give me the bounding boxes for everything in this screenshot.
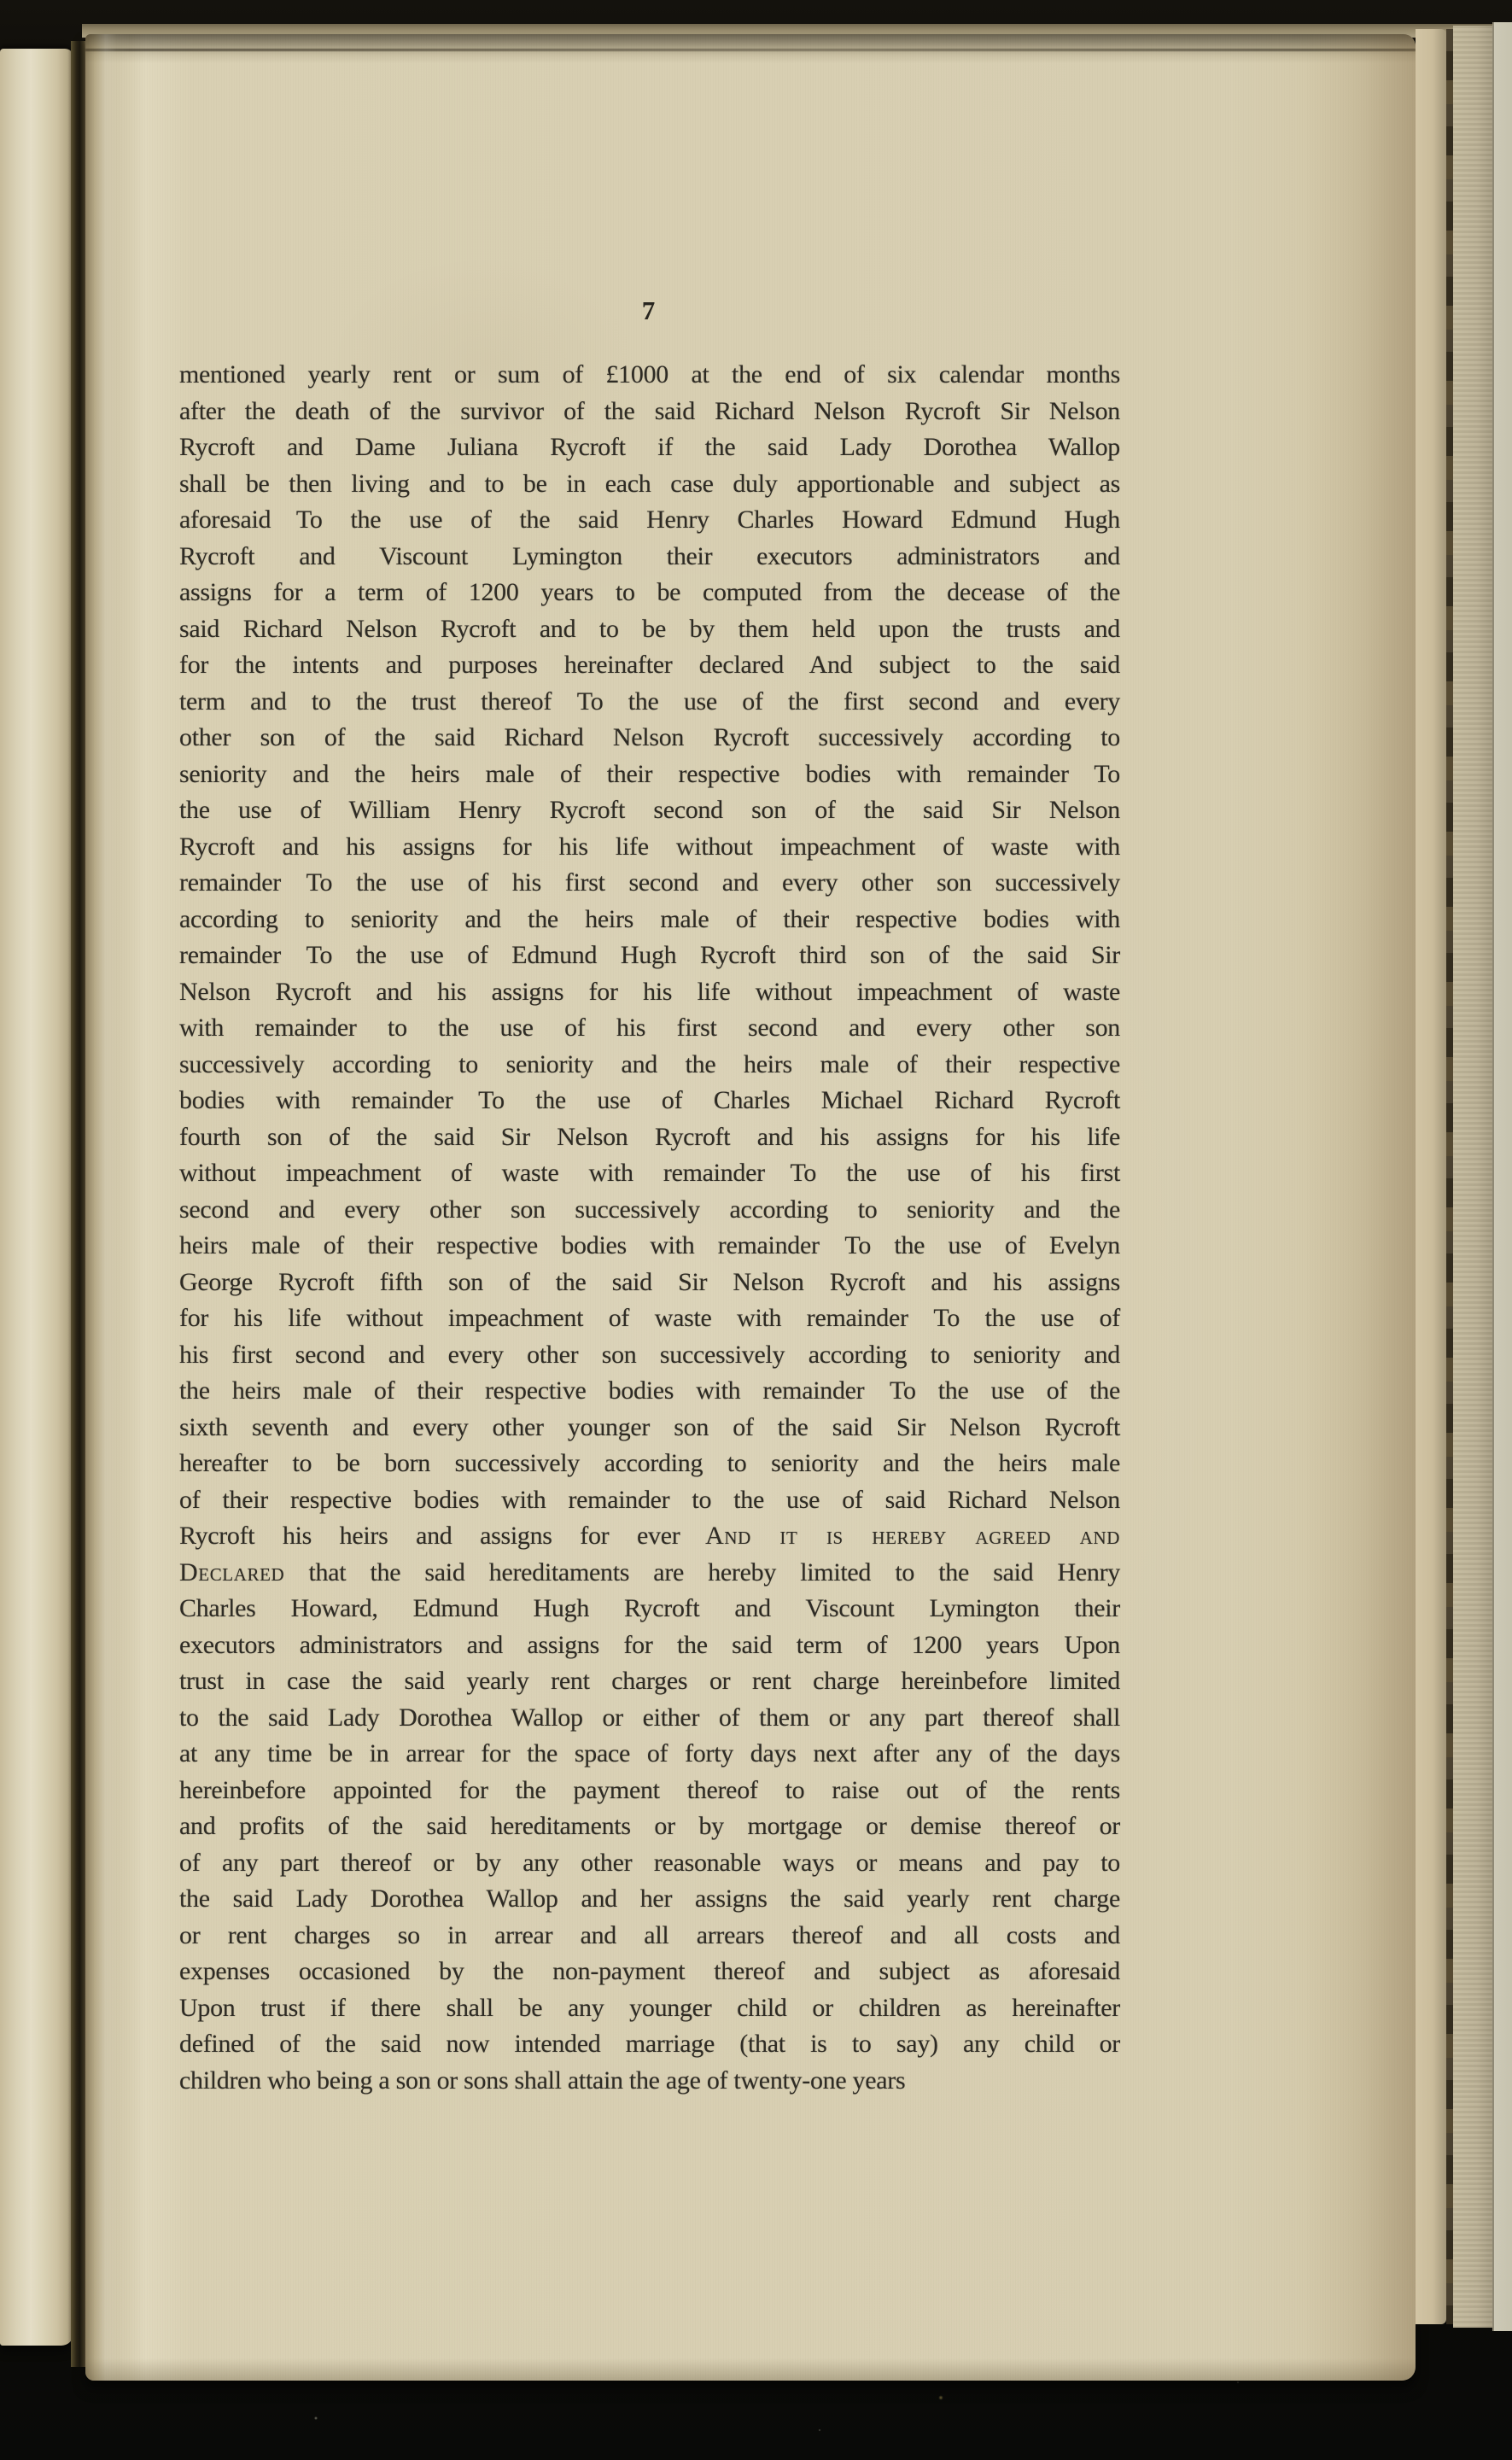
text-line: of their respective bodies with remainde… bbox=[179, 1482, 1120, 1519]
text-line: or rent charges so in arrear and all arr… bbox=[179, 1918, 1120, 1955]
page-right-edge-shade bbox=[1305, 34, 1416, 2381]
text-line: hereinbefore appointed for the payment t… bbox=[179, 1773, 1120, 1809]
text-line: expenses occasioned by the non-payment t… bbox=[179, 1954, 1120, 1990]
text-line: Rycroft and his assigns for his life wit… bbox=[179, 829, 1120, 866]
text-line: bodies with remainder To the use of Char… bbox=[179, 1083, 1120, 1119]
facing-page-fore-edge bbox=[0, 49, 73, 2346]
text-line: the use of William Henry Rycroft second … bbox=[179, 792, 1120, 829]
text-line: trust in case the said yearly rent charg… bbox=[179, 1663, 1120, 1700]
text-line: after the death of the survivor of the s… bbox=[179, 394, 1120, 430]
text-line: the heirs male of their respective bodie… bbox=[179, 1373, 1120, 1410]
text-line: Declared that the said hereditaments are… bbox=[179, 1555, 1120, 1592]
page-bottom-edge-shade bbox=[85, 2358, 1416, 2381]
text-line: other son of the said Richard Nelson Ryc… bbox=[179, 720, 1120, 757]
text-line: to the said Lady Dorothea Wallop or eith… bbox=[179, 1700, 1120, 1737]
page-edge-crease bbox=[1446, 29, 1453, 2324]
text-line: the said Lady Dorothea Wallop and her as… bbox=[179, 1881, 1120, 1918]
text-line: aforesaid To the use of the said Henry C… bbox=[179, 502, 1120, 539]
text-line: for the intents and purposes hereinafter… bbox=[179, 647, 1120, 684]
text-line: shall be then living and to be in each c… bbox=[179, 466, 1120, 503]
text-line: for his life without impeachment of wast… bbox=[179, 1300, 1120, 1337]
book-page: 7 mentioned yearly rent or sum of £1000 … bbox=[85, 34, 1416, 2381]
text-line: successively according to seniority and … bbox=[179, 1047, 1120, 1084]
text-line: of any part thereof or by any other reas… bbox=[179, 1845, 1120, 1882]
underlying-page-edge-2 bbox=[1453, 26, 1492, 2328]
text-line: executors administrators and assigns for… bbox=[179, 1627, 1120, 1664]
text-line: seniority and the heirs male of their re… bbox=[179, 757, 1120, 793]
text-line: Rycroft and Dame Juliana Rycroft if the … bbox=[179, 429, 1120, 466]
small-caps-phrase: Declared bbox=[179, 1558, 284, 1586]
text-line: assigns for a term of 1200 years to be c… bbox=[179, 575, 1120, 611]
underlying-page-edge-1 bbox=[1416, 29, 1446, 2324]
text-line: with remainder to the use of his first s… bbox=[179, 1010, 1120, 1047]
text-line: at any time be in arrear for the space o… bbox=[179, 1736, 1120, 1773]
scanned-book-page: 7 mentioned yearly rent or sum of £1000 … bbox=[0, 0, 1512, 2460]
text-line: fourth son of the said Sir Nelson Rycrof… bbox=[179, 1119, 1120, 1156]
text-line: sixth seventh and every other younger so… bbox=[179, 1410, 1120, 1446]
small-caps-phrase: And it is hereby agreed and bbox=[705, 1522, 1120, 1550]
text-line: term and to the trust thereof To the use… bbox=[179, 684, 1120, 721]
page-top-edge-line bbox=[85, 49, 1416, 51]
text-line: children who being a son or sons shall a… bbox=[179, 2063, 1120, 2100]
text-line: his first second and every other son suc… bbox=[179, 1337, 1120, 1374]
text-line: hereafter to be born successively accord… bbox=[179, 1446, 1120, 1482]
text-line: defined of the said now intended marriag… bbox=[179, 2026, 1120, 2063]
text-line: according to seniority and the heirs mal… bbox=[179, 902, 1120, 938]
text-line: remainder To the use of Edmund Hugh Rycr… bbox=[179, 938, 1120, 974]
text-line: Upon trust if there shall be any younger… bbox=[179, 1990, 1120, 2027]
text-line: remainder To the use of his first second… bbox=[179, 865, 1120, 902]
text-line: Nelson Rycroft and his assigns for his l… bbox=[179, 974, 1120, 1011]
text-line: without impeachment of waste with remain… bbox=[179, 1155, 1120, 1192]
text-line: Charles Howard, Edmund Hugh Rycroft and … bbox=[179, 1591, 1120, 1627]
text-line: heirs male of their respective bodies wi… bbox=[179, 1228, 1120, 1265]
underlying-page-edge-3 bbox=[1492, 22, 1512, 2331]
text-line: and profits of the said hereditaments or… bbox=[179, 1808, 1120, 1845]
page-gutter-curve bbox=[85, 34, 130, 2381]
text-line: George Rycroft fifth son of the said Sir… bbox=[179, 1265, 1120, 1301]
text-line: Rycroft and Viscount Lymington their exe… bbox=[179, 539, 1120, 576]
page-number: 7 bbox=[179, 295, 1118, 326]
text-line: mentioned yearly rent or sum of £1000 at… bbox=[179, 357, 1120, 394]
text-line: Rycroft his heirs and assigns for ever A… bbox=[179, 1518, 1120, 1555]
text-line: said Richard Nelson Rycroft and to be by… bbox=[179, 611, 1120, 648]
text-line: second and every other son successively … bbox=[179, 1192, 1120, 1229]
legal-text-block: mentioned yearly rent or sum of £1000 at… bbox=[179, 357, 1120, 2099]
